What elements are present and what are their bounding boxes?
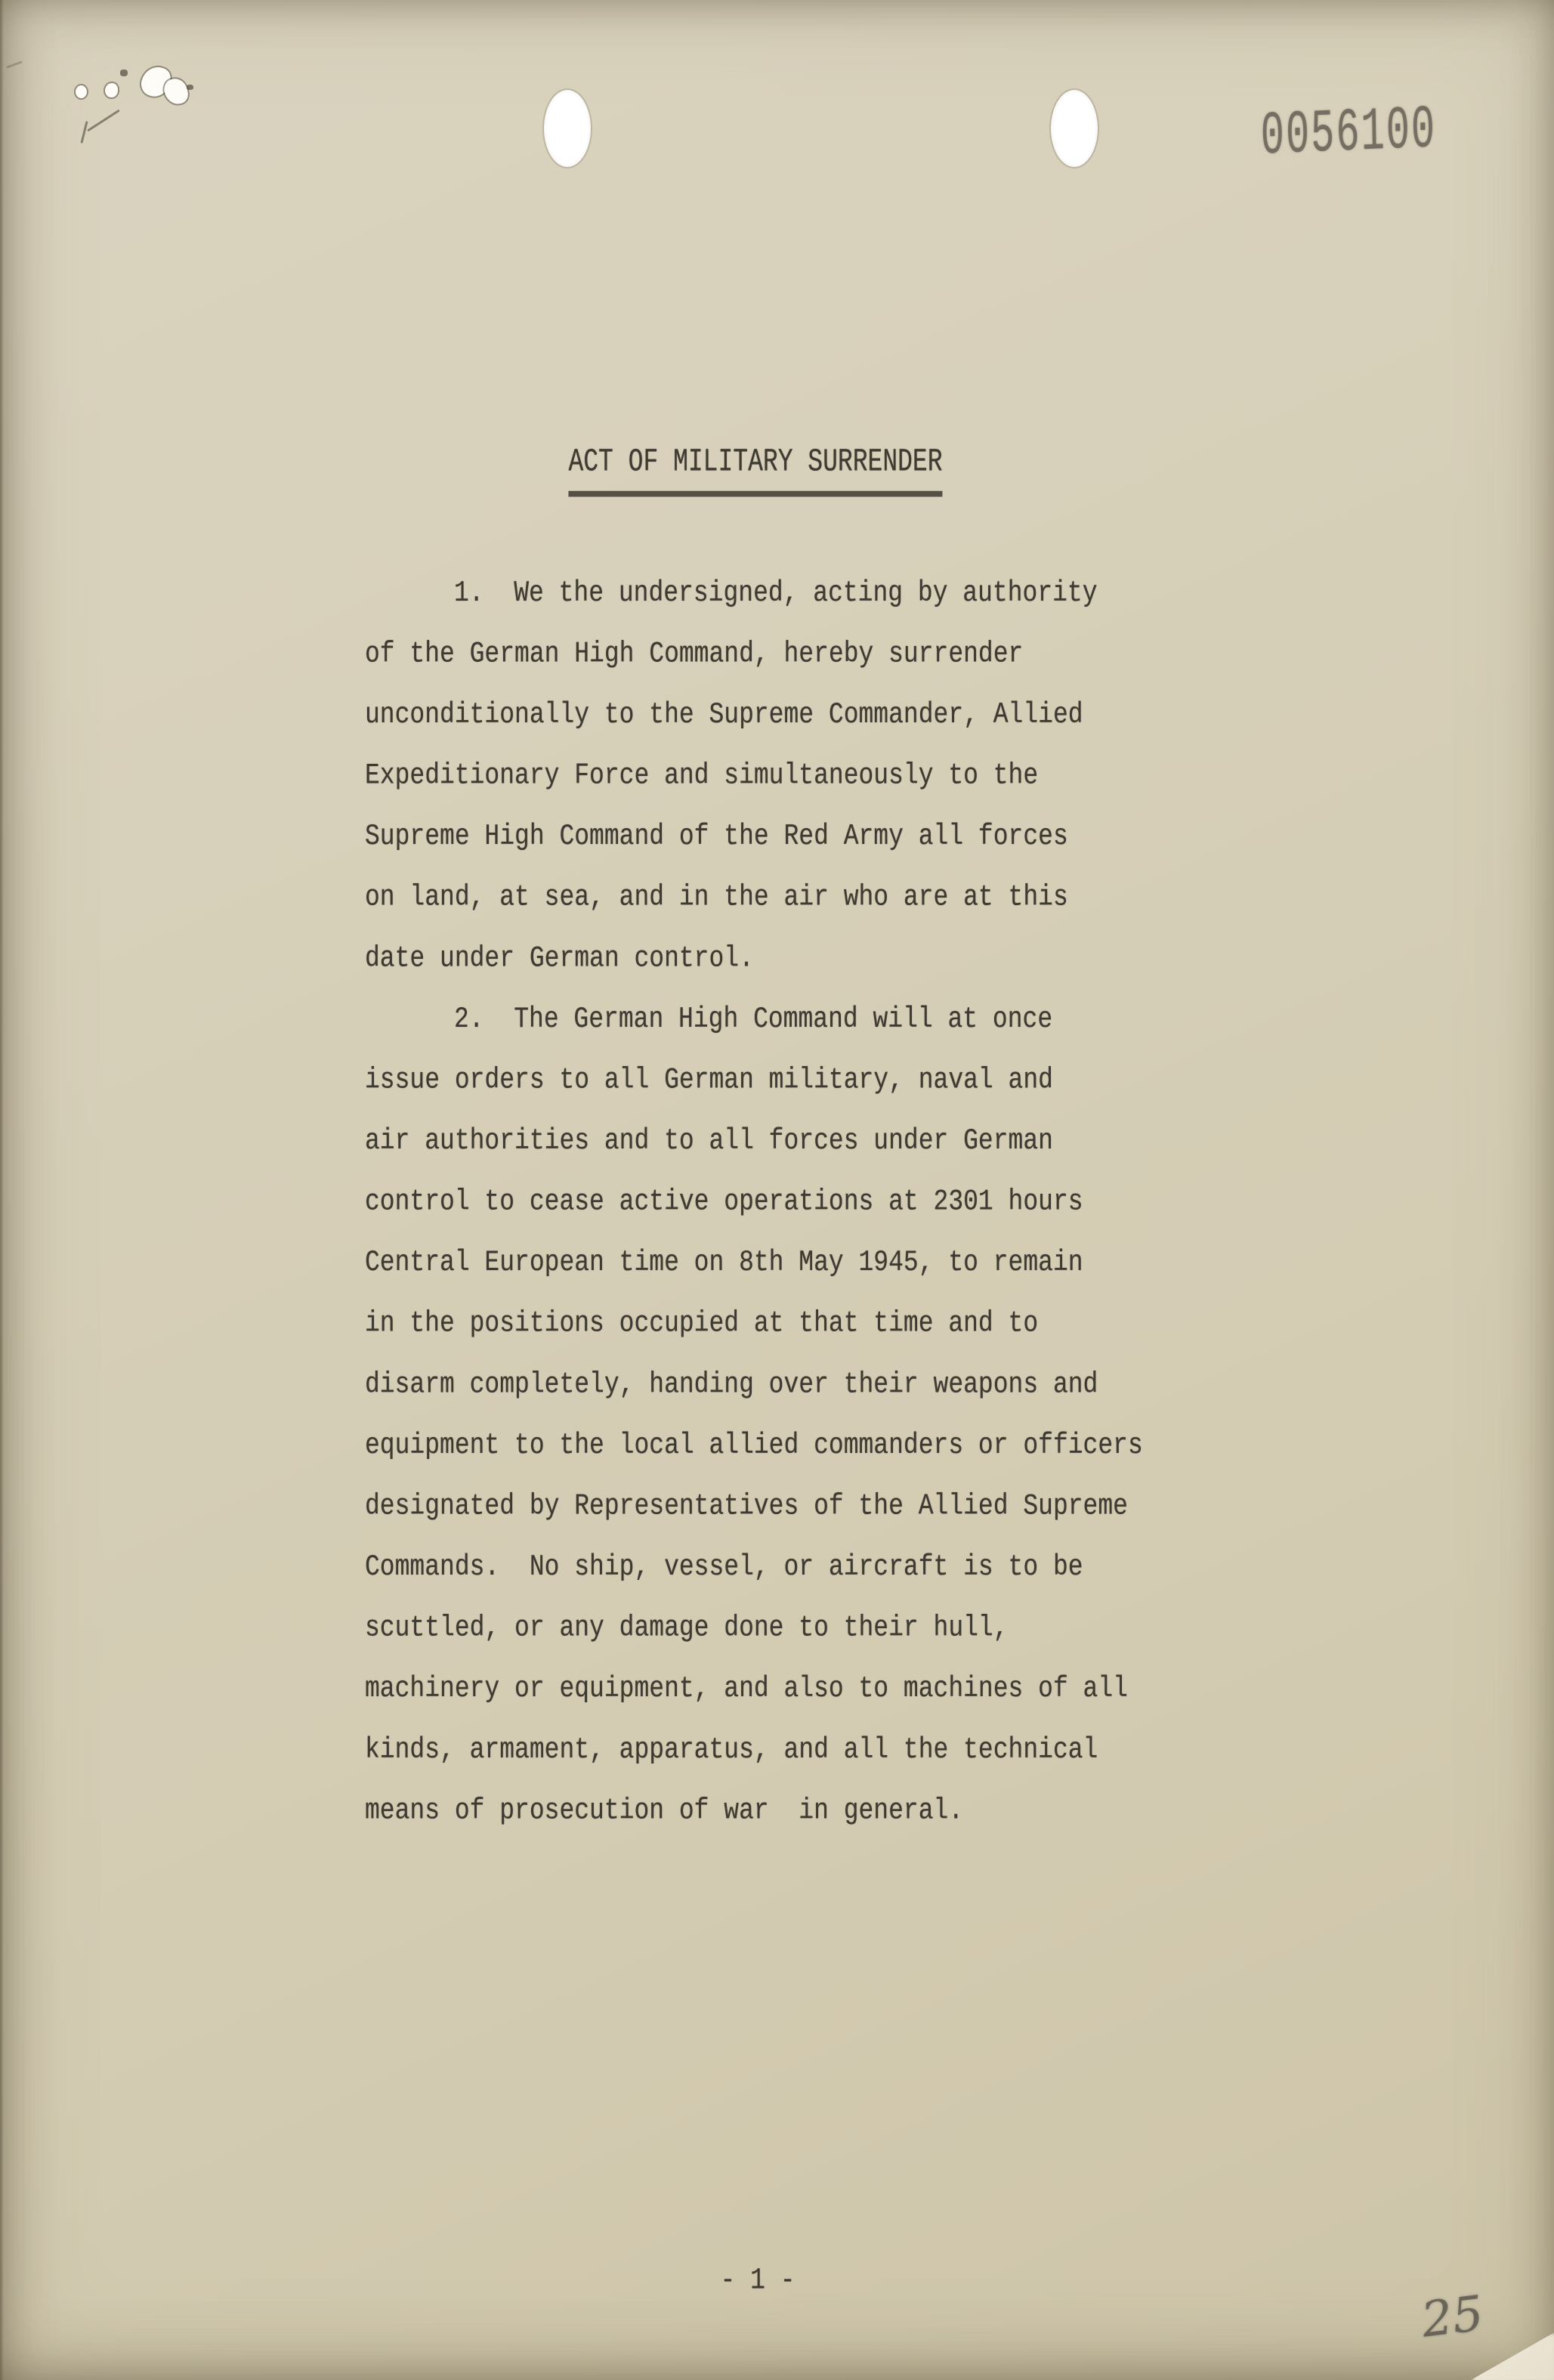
document-body: 1. We the undersigned, acting by authori… <box>365 563 1309 1841</box>
body-line: Central European time on 8th May 1945, t… <box>365 1232 1309 1294</box>
body-line: Expeditionary Force and simultaneously t… <box>365 746 1309 807</box>
body-line: unconditionally to the Supreme Commander… <box>365 685 1309 746</box>
corner-damage-mark <box>76 85 87 98</box>
body-line: equipment to the local allied commanders… <box>365 1415 1309 1476</box>
body-line: control to cease active operations at 23… <box>365 1172 1309 1233</box>
handwritten-page-mark: 25 <box>1419 2286 1487 2348</box>
body-line: scuttled, or any damage done to their hu… <box>365 1598 1309 1659</box>
body-line: in the positions occupied at that time a… <box>365 1294 1309 1355</box>
left-edge-shadow <box>0 0 4 2380</box>
body-line: issue orders to all German military, nav… <box>365 1050 1309 1111</box>
body-line: of the German High Command, hereby surre… <box>365 624 1309 685</box>
corner-damage-mark <box>105 83 118 97</box>
body-line: kinds, armament, apparatus, and all the … <box>365 1720 1309 1781</box>
archive-stamp-number: 0056100 <box>1260 96 1437 172</box>
body-line: Commands. No ship, vessel, or aircraft i… <box>365 1537 1309 1598</box>
punch-hole-left <box>544 90 591 167</box>
body-line: date under German control. <box>365 928 1309 989</box>
body-line: on land, at sea, and in the air who are … <box>365 867 1309 929</box>
body-line: disarm completely, handing over their we… <box>365 1355 1309 1416</box>
body-line: designated by Representatives of the All… <box>365 1476 1309 1538</box>
corner-damage-mark <box>162 76 190 106</box>
body-line: Supreme High Command of the Red Army all… <box>365 806 1309 867</box>
punch-hole-right <box>1051 90 1098 167</box>
document-title: ACT OF MILITARY SURRENDER <box>568 443 942 497</box>
body-line: machinery or equipment, and also to mach… <box>365 1658 1309 1720</box>
pencil-speck <box>187 85 193 90</box>
pencil-scribble <box>80 121 88 144</box>
body-line: 2. The German High Command will at once <box>365 989 1309 1050</box>
pencil-scribble <box>6 60 23 68</box>
body-line: air authorities and to all forces under … <box>365 1111 1309 1172</box>
document-page: 0056100 ACT OF MILITARY SURRENDER 1. We … <box>0 0 1554 2380</box>
body-line: means of prosecution of war in general. <box>365 1781 1309 1842</box>
pencil-speck <box>120 70 128 76</box>
body-line: 1. We the undersigned, acting by authori… <box>365 563 1309 624</box>
page-number: - 1 - <box>720 2264 795 2297</box>
pencil-scribble <box>87 110 120 132</box>
